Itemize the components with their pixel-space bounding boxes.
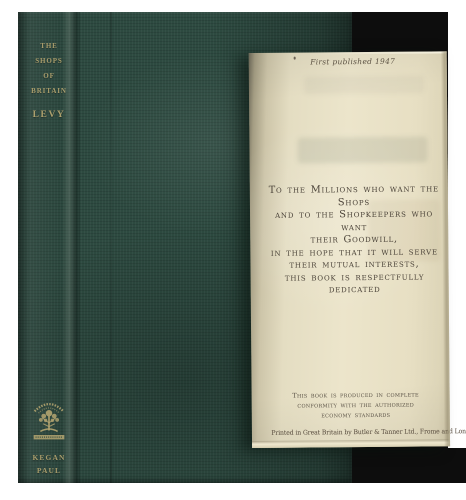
- economy-line: economy standards: [266, 410, 446, 421]
- book-spine: THE SHOPS OF BRITAIN LEVY: [18, 12, 80, 483]
- title-verso-page: First published 1947 To the Millions who…: [249, 51, 450, 448]
- printer-imprint-line: Printed in Great Britain by Butler & Tan…: [271, 427, 440, 436]
- economy-standards-notice: This book is produced in complete confor…: [266, 390, 446, 421]
- cover-board-edge: [110, 12, 112, 483]
- dedication-line: their mutual interests,: [264, 258, 444, 272]
- dedication-line: To the Millions who want the Shops: [264, 183, 444, 210]
- edition-line: First published 1947: [263, 56, 443, 67]
- dedication-line: and to the Shopkeepers who want: [264, 208, 444, 235]
- spine-hinge-groove: [62, 12, 78, 483]
- book-photograph: THE SHOPS OF BRITAIN LEVY: [0, 0, 466, 500]
- economy-line: This book is produced in complete: [266, 390, 446, 401]
- black-backdrop-corner: [448, 448, 466, 483]
- dedication-line: this book is respectfully dedicated: [265, 271, 445, 298]
- show-through-ghost: [304, 76, 424, 95]
- dedication-block: To the Millions who want the Shops and t…: [264, 183, 445, 297]
- show-through-ghost: [297, 136, 427, 163]
